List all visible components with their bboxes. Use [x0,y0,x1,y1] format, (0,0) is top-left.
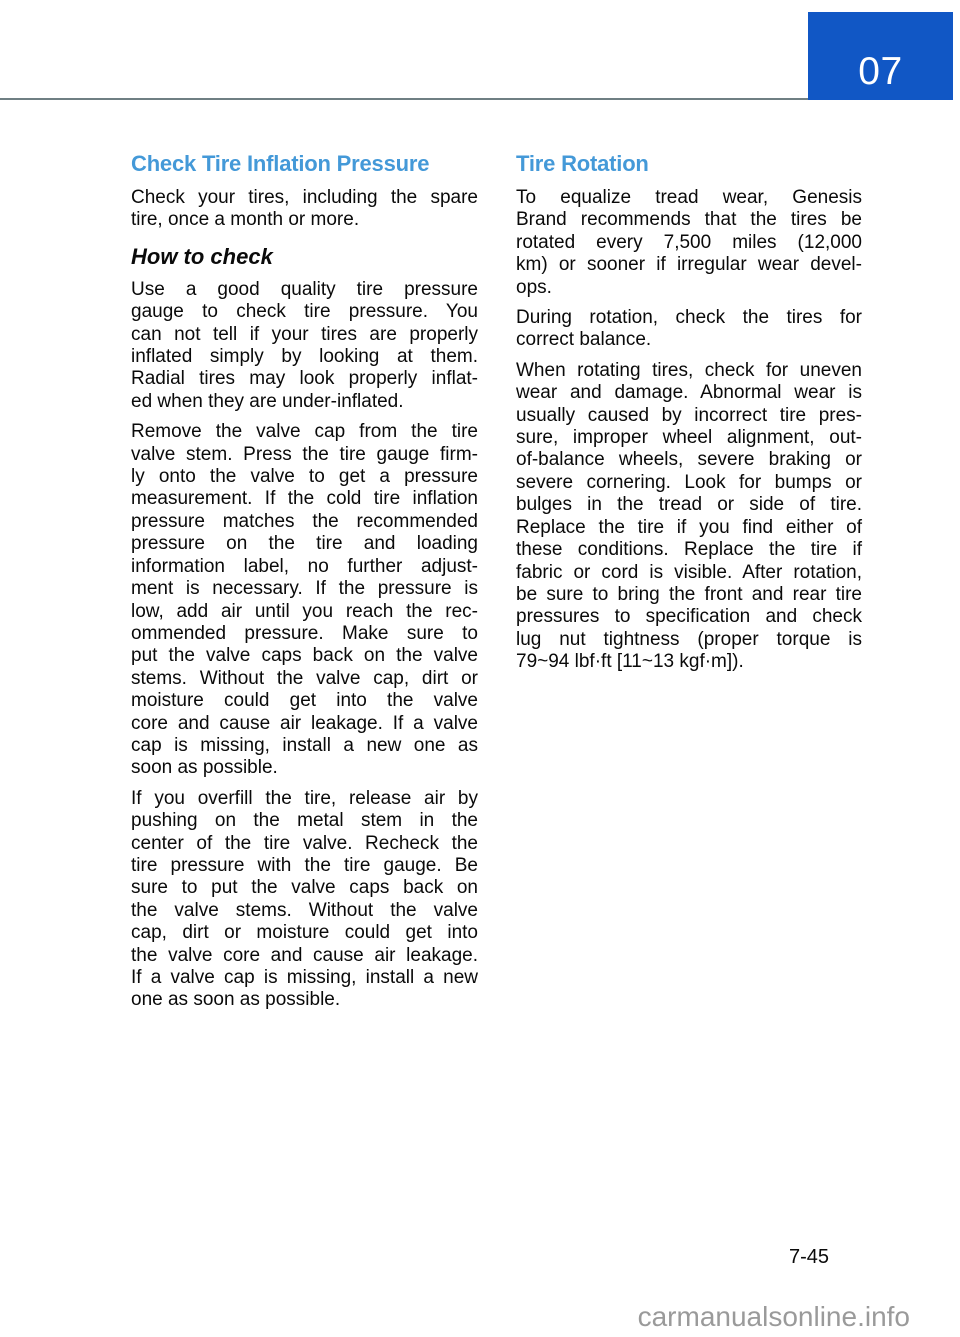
text-line: lug nut tightness (proper torque is [516,629,862,651]
text-line: fabric or cord is visible. After rotatio… [516,562,862,584]
paragraph: Check your tires, including the sparetir… [131,187,478,232]
text-line: When rotating tires, check for uneven [516,360,862,382]
text-line: sure, improper wheel alignment, out- [516,427,862,449]
text-line: sure to put the valve caps back on [131,877,478,899]
text-line: If a valve cap is missing, install a new [131,967,478,989]
text-line: of-balance wheels, severe braking or [516,449,862,471]
section-heading: Check Tire Inflation Pressure [131,151,478,177]
chapter-tab: 07 [808,12,953,100]
text-line: 79~94 lbf·ft [11~13 kgf·m]). [516,651,862,673]
text-line: cap is missing, install a new one as [131,735,478,757]
text-line: measurement. If the cold tire inflation [131,488,478,510]
text-line: If you overfill the tire, release air by [131,788,478,810]
text-line: wear and damage. Abnormal wear is [516,382,862,404]
text-line: pushing on the metal stem in the [131,810,478,832]
paragraph: To equalize tread wear, GenesisBrand rec… [516,187,862,299]
text-line: information label, no further adjust- [131,556,478,578]
text-line: ment is necessary. If the pressure is [131,578,478,600]
text-line: soon as possible. [131,757,478,779]
text-line: low, add air until you reach the rec- [131,601,478,623]
right-column: Tire RotationTo equalize tread wear, Gen… [516,151,862,682]
paragraph: If you overfill the tire, release air by… [131,788,478,1012]
watermark: carmanualsonline.info [638,1301,910,1333]
text-line: pressures to specification and check [516,606,862,628]
sub-heading: How to check [131,244,478,270]
paragraph: Remove the valve cap from the tirevalve … [131,421,478,780]
text-line: cap, dirt or moisture could get into [131,922,478,944]
text-line: the valve stems. Without the valve [131,900,478,922]
text-line: rotated every 7,500 miles (12,000 [516,232,862,254]
text-line: inflated simply by looking at them. [131,346,478,368]
text-line: To equalize tread wear, Genesis [516,187,862,209]
text-line: pressure matches the recommended [131,511,478,533]
page-number: 7-45 [789,1246,829,1269]
text-line: ed when they are under-inflated. [131,391,478,413]
text-line: Check your tires, including the spare [131,187,478,209]
text-line: put the valve caps back on the valve [131,645,478,667]
paragraph: During rotation, check the tires forcorr… [516,307,862,352]
text-line: Remove the valve cap from the tire [131,421,478,443]
text-line: moisture could get into the valve [131,690,478,712]
text-line: pressure on the tire and loading [131,533,478,555]
chapter-number: 07 [858,52,902,100]
text-line: Use a good quality tire pressure [131,279,478,301]
paragraph: When rotating tires, check for unevenwea… [516,360,862,674]
text-line: Replace the tire if you find either of [516,517,862,539]
text-line: core and cause air leakage. If a valve [131,713,478,735]
text-line: center of the tire valve. Recheck the [131,833,478,855]
header-rule [0,98,808,100]
text-line: valve stem. Press the tire gauge firm- [131,444,478,466]
text-line: can not tell if your tires are properly [131,324,478,346]
text-line: tire pressure with the tire gauge. Be [131,855,478,877]
text-line: tire, once a month or more. [131,209,478,231]
text-line: gauge to check tire pressure. You [131,301,478,323]
text-line: km) or sooner if irregular wear devel- [516,254,862,276]
text-line: ommended pressure. Make sure to [131,623,478,645]
text-line: severe cornering. Look for bumps or [516,472,862,494]
text-line: correct balance. [516,329,862,351]
text-line: Brand recommends that the tires be [516,209,862,231]
section-heading: Tire Rotation [516,151,862,177]
text-line: these conditions. Replace the tire if [516,539,862,561]
text-line: During rotation, check the tires for [516,307,862,329]
text-line: bulges in the tread or side of tire. [516,494,862,516]
text-line: ly onto the valve to get a pressure [131,466,478,488]
text-line: stems. Without the valve cap, dirt or [131,668,478,690]
text-line: one as soon as possible. [131,989,478,1011]
text-line: be sure to bring the front and rear tire [516,584,862,606]
paragraph: Use a good quality tire pressuregauge to… [131,279,478,413]
text-line: usually caused by incorrect tire pres- [516,405,862,427]
left-column: Check Tire Inflation PressureCheck your … [131,151,478,1020]
text-line: the valve core and cause air leakage. [131,945,478,967]
text-line: Radial tires may look properly inflat- [131,368,478,390]
manual-page: 07 Check Tire Inflation PressureCheck yo… [0,0,960,1337]
text-line: ops. [516,277,862,299]
